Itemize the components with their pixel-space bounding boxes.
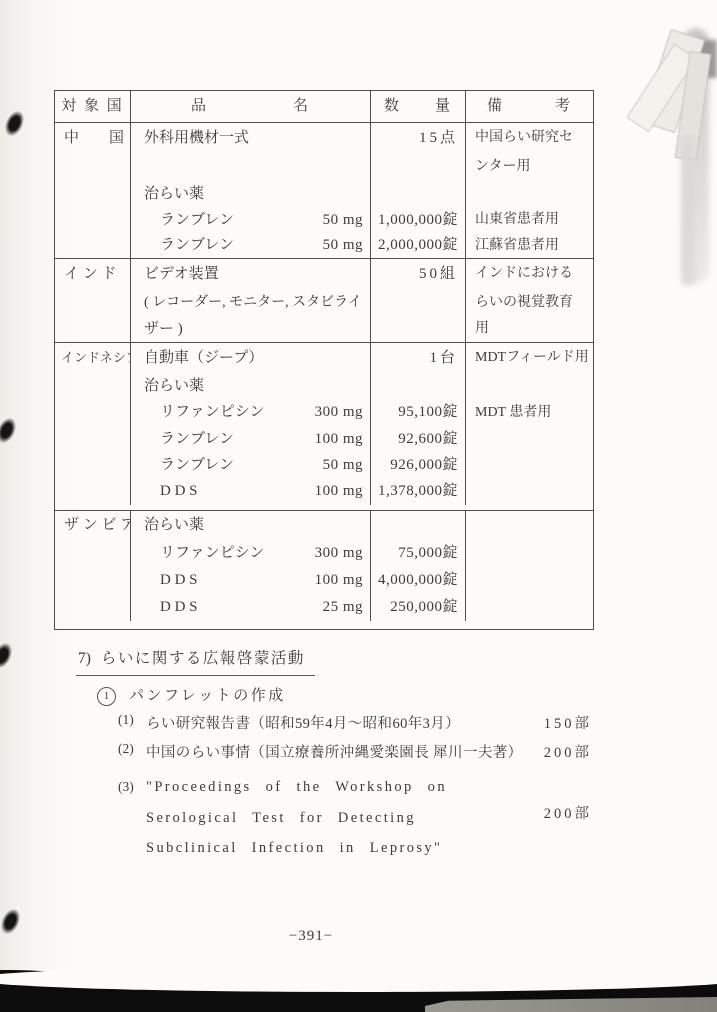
section-heading: 7)らいに関する広報啓蒙活動: [76, 646, 315, 676]
table-row-china: 中 国 外科用機材一式 15点 中国らい研究セ ンター用 治らい薬 ランブレン …: [55, 122, 593, 258]
cell-item: D D S: [131, 594, 198, 621]
scan-artifact-corner: [622, 0, 717, 330]
cell-qty: 15点: [371, 123, 466, 153]
cell-item: 治らい薬: [131, 181, 204, 207]
cell-remark: 山東省患者用: [466, 207, 593, 233]
table-row-india: イ ン ド ビデオ装置 50組 インドにおける ( レコーダー, モニター, ス…: [55, 258, 593, 342]
cell-remark: MDT 患者用: [466, 399, 593, 426]
dose: 100 mg: [315, 426, 370, 452]
cell-country: ザ ン ビ ア: [55, 511, 131, 539]
cell-item: ランブレン: [131, 452, 234, 478]
dose: 25 mg: [323, 594, 370, 621]
item-count: 200部: [118, 802, 592, 823]
item-count: 150部: [544, 712, 592, 733]
cell-qty: 1台: [371, 343, 466, 373]
item-text: 中国のらい事情（国立療養所沖縄愛楽園長 犀川一夫著）: [146, 741, 523, 762]
dose: 100 mg: [315, 567, 370, 594]
item-count: 200部: [544, 741, 592, 762]
cell-country: イ ン ド: [55, 259, 131, 289]
cell-item: ( レコーダー, モニター, スタビライ: [131, 289, 362, 316]
cell-item: ザー ): [131, 316, 183, 342]
cell-item: 自動車（ジープ）: [131, 343, 263, 373]
cell-item: ランブレン: [131, 233, 234, 258]
aid-items-table: 対 象 国 品 名 数 量 備 考 中 国 外科用機材一式 15点 中国らい研究…: [54, 90, 594, 630]
cell-qty: 1,000,000錠: [371, 207, 466, 233]
page-number: −391−: [0, 928, 622, 945]
subsection-title: パンフレットの作成: [129, 688, 286, 704]
cell-qty: 50組: [371, 259, 466, 289]
binder-hole: [1, 108, 28, 140]
scan-smudge: [681, 135, 695, 285]
cell-item: リファンピシン: [131, 539, 264, 567]
cell-item: 治らい薬: [131, 373, 204, 399]
binder-hole: [0, 640, 16, 672]
cell-country: インドネシア: [55, 343, 131, 373]
english-line: Subclinical Infection in Leprosy": [146, 833, 447, 864]
cell-qty: 92,600錠: [371, 426, 466, 452]
dose: 100 mg: [315, 478, 370, 505]
english-line: "Proceedings of the Workshop on: [146, 772, 447, 803]
table-row-zambia: ザ ン ビ ア 治らい薬 リファンピシン 300 mg 75,000錠 D D …: [55, 510, 593, 629]
cell-qty: 250,000錠: [371, 594, 466, 621]
cell-item: 外科用機材一式: [131, 123, 249, 153]
document-page: 対 象 国 品 名 数 量 備 考 中 国 外科用機材一式 15点 中国らい研究…: [0, 0, 717, 1012]
cell-qty: 2,000,000錠: [371, 233, 466, 258]
dose: 300 mg: [315, 399, 370, 426]
item-number: (2): [118, 741, 146, 762]
cell-remark: らいの視覚教育: [466, 289, 593, 316]
dose: 50 mg: [323, 207, 370, 233]
cell-item: リファンピシン: [131, 399, 264, 426]
header-qty: 数 量: [371, 91, 466, 122]
section-title: らいに関する広報啓蒙活動: [101, 650, 305, 667]
cell-qty: 75,000錠: [371, 539, 466, 567]
dose: 50 mg: [323, 233, 370, 258]
cell-item: D D S: [131, 478, 198, 505]
cell-remark: ンター用: [466, 153, 593, 181]
dose: 300 mg: [315, 539, 370, 567]
cell-empty: [55, 153, 131, 181]
list-item-2: (2) 中国のらい事情（国立療養所沖縄愛楽園長 犀川一夫著） 200部: [118, 741, 592, 762]
binder-hole: [0, 415, 20, 447]
item-text: らい研究報告書（昭和59年4月〜昭和60年3月）: [146, 712, 460, 733]
header-item: 品 名: [131, 91, 371, 122]
cell-item: ランブレン: [131, 207, 234, 233]
header-remark: 備 考: [466, 91, 593, 122]
cell-country: 中 国: [55, 123, 131, 153]
cell-remark: 中国らい研究セ: [466, 123, 593, 153]
cell-remark: 用: [466, 316, 593, 342]
cell-qty: 4,000,000錠: [371, 567, 466, 594]
dose: 50 mg: [323, 452, 370, 478]
cell-qty: 926,000錠: [371, 452, 466, 478]
subsection-heading: 1パンフレットの作成: [97, 684, 286, 706]
cell-qty: 95,100錠: [371, 399, 466, 426]
cell-item: 治らい薬: [131, 511, 204, 539]
item-number: (1): [118, 712, 146, 733]
cell-remark: 江蘇省患者用: [466, 233, 593, 258]
list-item-1: (1) らい研究報告書（昭和59年4月〜昭和60年3月） 150部: [118, 712, 592, 733]
cell-item: D D S: [131, 567, 198, 594]
cell-remark: MDTフィールド用: [466, 343, 593, 373]
cell-remark: インドにおける: [466, 259, 593, 289]
table-row-indonesia: インドネシア 自動車（ジープ） 1台 MDTフィールド用 治らい薬 リファンピシ…: [55, 342, 593, 510]
circled-number-icon: 1: [97, 687, 116, 706]
section-number: 7): [78, 650, 91, 667]
table-header-row: 対 象 国 品 名 数 量 備 考: [55, 91, 593, 122]
header-country: 対 象 国: [55, 91, 131, 122]
cell-item: ビデオ装置: [131, 259, 219, 289]
cell-item: ランブレン: [131, 426, 234, 452]
cell-qty: 1,378,000錠: [371, 478, 466, 505]
